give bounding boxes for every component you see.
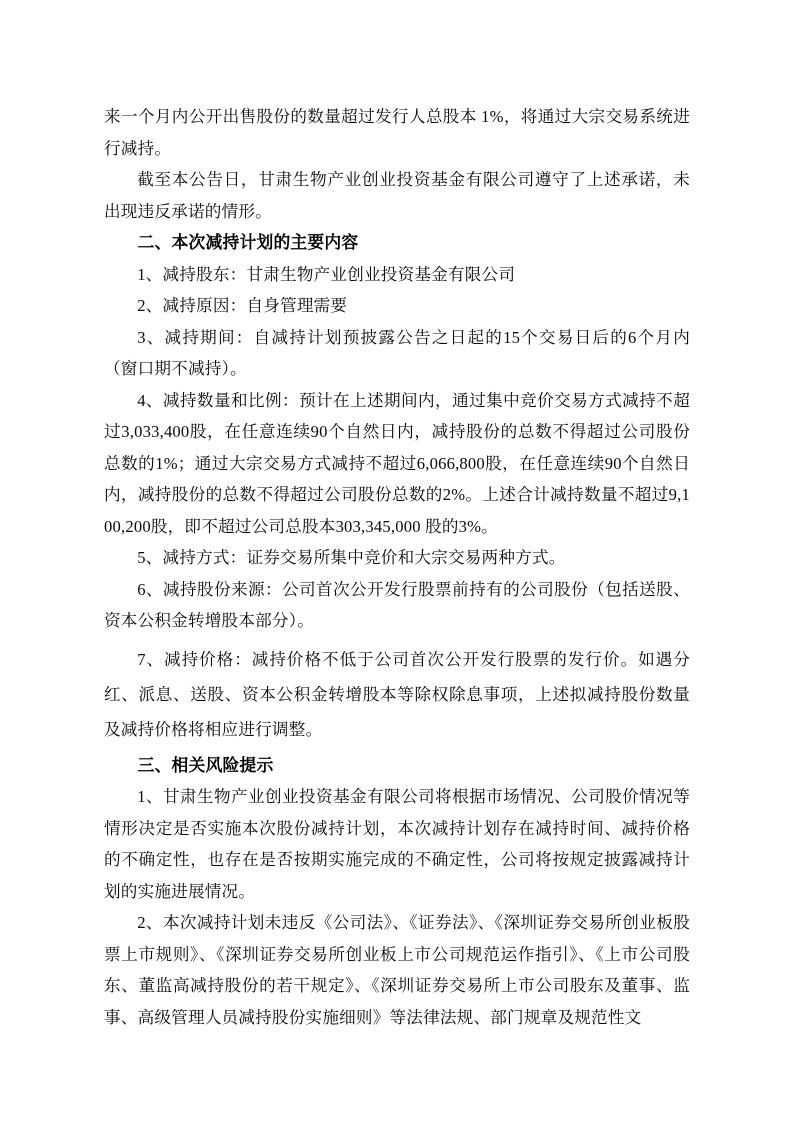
section-heading: 二、本次减持计划的主要内容	[104, 227, 690, 259]
paragraph: 1、甘肃生物产业创业投资基金有限公司将根据市场情况、公司股价情况等情形决定是否实…	[104, 781, 690, 907]
paragraph: 3、减持期间：自减持计划预披露公告之日起的15个交易日后的6个月内（窗口期不减持…	[104, 322, 690, 385]
document-content: 来一个月内公开出售股份的数量超过发行人总股本 1%，将通过大宗交易系统进行减持。…	[104, 101, 690, 1033]
paragraph: 7、减持价格：减持价格不低于公司首次公开发行股票的发行价。如遇分红、派息、送股、…	[104, 642, 690, 747]
paragraph: 来一个月内公开出售股份的数量超过发行人总股本 1%，将通过大宗交易系统进行减持。	[104, 101, 690, 164]
document-page: 来一个月内公开出售股份的数量超过发行人总股本 1%，将通过大宗交易系统进行减持。…	[0, 0, 793, 1122]
paragraph: 6、减持股份来源：公司首次公开发行股票前持有的公司股份（包括送股、资本公积金转增…	[104, 574, 690, 637]
paragraph: 2、减持原因：自身管理需要	[104, 290, 690, 322]
paragraph: 5、减持方式：证券交易所集中竞价和大宗交易两种方式。	[104, 542, 690, 574]
paragraph: 2、本次减持计划未违反《公司法》、《证券法》、《深圳证券交易所创业板股票上市规则…	[104, 907, 690, 1033]
section-heading: 三、相关风险提示	[104, 750, 690, 782]
paragraph: 4、减持数量和比例：预计在上述期间内，通过集中竞价交易方式减持不超过3,033,…	[104, 385, 690, 543]
paragraph: 截至本公告日，甘肃生物产业创业投资基金有限公司遵守了上述承诺，未出现违反承诺的情…	[104, 164, 690, 227]
paragraph: 1、减持股东：甘肃生物产业创业投资基金有限公司	[104, 259, 690, 291]
